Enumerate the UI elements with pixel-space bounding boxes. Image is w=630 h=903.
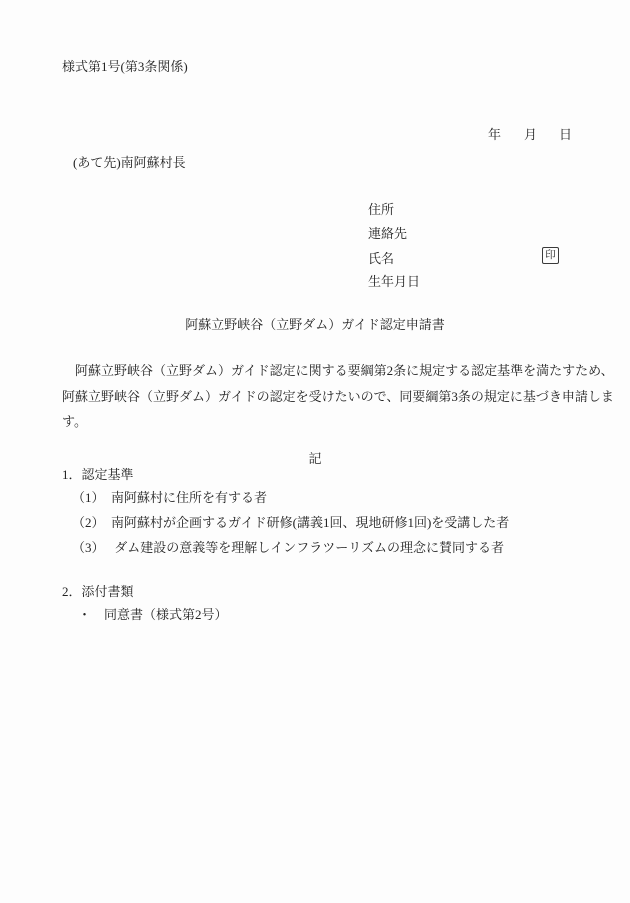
date-line: 年月日 xyxy=(475,109,572,160)
section1-item-2: （2） 南阿蘇村が企画するガイド研修(講義1回、現地研修1回)を受講した者 xyxy=(72,514,509,531)
section1-item-3: （3） ダム建設の意義等を理解しインフラツーリズムの理念に賛同する者 xyxy=(72,539,504,556)
form-number: 様式第1号(第3条関係) xyxy=(62,58,188,75)
section1-item-1: （1） 南阿蘇村に住所を有する者 xyxy=(72,489,267,506)
seal-mark-icon: 印 xyxy=(542,247,559,264)
application-form-page: 様式第1号(第3条関係) 年月日 (あて先)南阿蘇村長 住所 連絡先 氏名 印 … xyxy=(0,0,630,903)
applicant-birthdate-label: 生年月日 xyxy=(368,273,420,290)
note-marker: 記 xyxy=(0,450,630,467)
body-paragraph-line-2: 阿蘇立野峡谷（立野ダム）ガイドの認定を受けたいので、同要綱第3条の規定に基づき申… xyxy=(62,388,614,405)
section2-item-1: ・ 同意書（様式第2号） xyxy=(78,606,228,623)
document-title: 阿蘇立野峡谷（立野ダム）ガイド認定申請書 xyxy=(0,316,630,333)
body-paragraph-line-1: 阿蘇立野峡谷（立野ダム）ガイド認定に関する要綱第2条に規定する認定基準を満たすた… xyxy=(62,362,614,379)
body-paragraph-line-3: す。 xyxy=(62,413,87,430)
section2-heading: 2．添付書類 xyxy=(62,583,134,600)
date-month-label: 月 xyxy=(524,126,537,143)
date-year-label: 年 xyxy=(488,126,501,143)
applicant-name-label: 氏名 xyxy=(368,250,394,267)
date-day-label: 日 xyxy=(559,126,572,143)
applicant-contact-label: 連絡先 xyxy=(368,225,407,242)
applicant-address-label: 住所 xyxy=(368,201,394,218)
section1-heading: 1．認定基準 xyxy=(62,466,134,483)
recipient-line: (あて先)南阿蘇村長 xyxy=(73,154,186,171)
